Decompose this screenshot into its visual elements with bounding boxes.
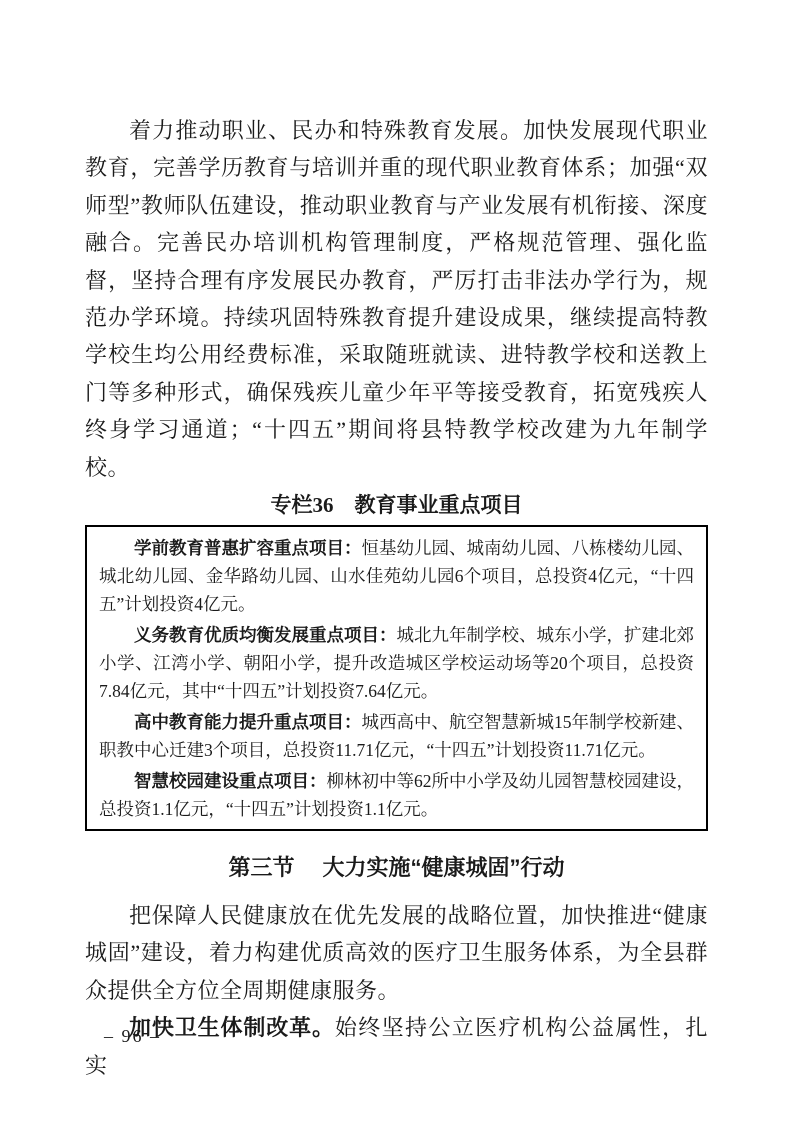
paragraph-health-strategy: 把保障人民健康放在优先发展的战略位置，加快推进“健康城固”建设，着力构建优质高效… bbox=[85, 897, 708, 1009]
box-item-compulsory: 义务教育优质均衡发展重点项目：城北九年制学校、城东小学，扩建北郊小学、江湾小学、… bbox=[99, 621, 694, 705]
box-item-highschool-label: 高中教育能力提升重点项目： bbox=[134, 712, 362, 732]
paragraph-health-reform: 加快卫生体制改革。始终坚持公立医疗机构公益属性，扎实 bbox=[85, 1009, 708, 1084]
page-content: 着力推动职业、民办和特殊教育发展。加快发展现代职业教育，完善学历教育与培训并重的… bbox=[85, 112, 708, 1084]
column-box-title: 专栏36 教育事业重点项目 bbox=[85, 492, 708, 519]
section-heading-3: 第三节 大力实施“健康城固”行动 bbox=[85, 853, 708, 883]
box-item-preschool-label: 学前教育普惠扩容重点项目： bbox=[134, 538, 362, 558]
paragraph-vocational-education: 着力推动职业、民办和特殊教育发展。加快发展现代职业教育，完善学历教育与培训并重的… bbox=[85, 112, 708, 486]
box-item-compulsory-label: 义务教育优质均衡发展重点项目： bbox=[134, 625, 397, 645]
document-page: 着力推动职业、民办和特殊教育发展。加快发展现代职业教育，完善学历教育与培训并重的… bbox=[0, 0, 793, 1122]
box-item-smart-campus-label: 智慧校园建设重点项目： bbox=[134, 771, 327, 791]
box-item-smart-campus: 智慧校园建设重点项目：柳林初中等62所中小学及幼儿园智慧校园建设，总投资1.1亿… bbox=[99, 767, 694, 823]
box-item-preschool: 学前教育普惠扩容重点项目：恒基幼儿园、城南幼儿园、八栋楼幼儿园、城北幼儿园、金华… bbox=[99, 534, 694, 618]
page-number: – 96 – bbox=[104, 1024, 161, 1048]
box-item-highschool: 高中教育能力提升重点项目：城西高中、航空智慧新城15年制学校新建、职教中心迁建3… bbox=[99, 708, 694, 764]
column-box-36: 学前教育普惠扩容重点项目：恒基幼儿园、城南幼儿园、八栋楼幼儿园、城北幼儿园、金华… bbox=[85, 525, 708, 831]
